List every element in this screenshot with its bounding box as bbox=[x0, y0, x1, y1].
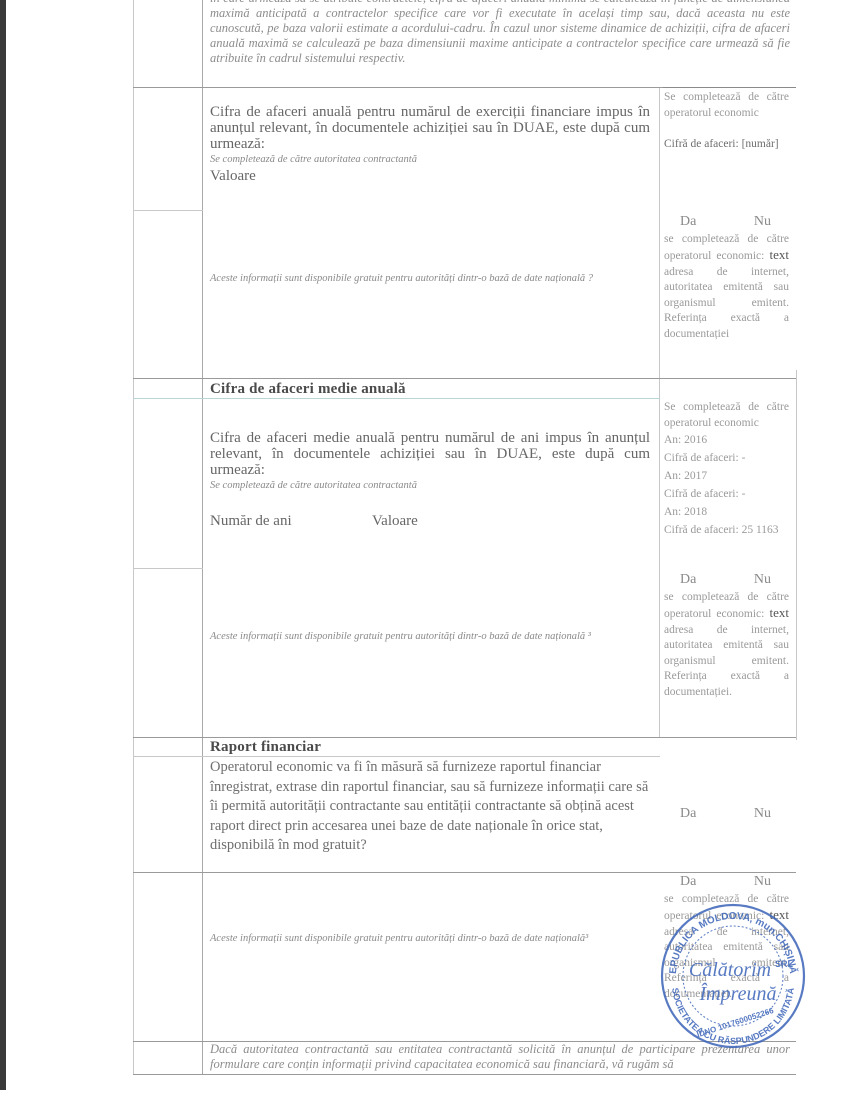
availability-question-1: Aceste informații sunt disponibile gratu… bbox=[210, 272, 630, 285]
availability-3-reference: adresa de internet, autoritatea emitentă… bbox=[664, 926, 789, 1000]
availability-1-reference: adresa de internet, autoritatea emitentă… bbox=[664, 266, 789, 340]
availability-2-reference: adresa de internet, autoritatea emitentă… bbox=[664, 624, 789, 698]
average-turnover-operator-note: Se completează de către operatorul econo… bbox=[664, 400, 789, 431]
year-entry: An: 2016 bbox=[664, 431, 789, 449]
availability-question-3: Aceste informații sunt disponibile gratu… bbox=[210, 932, 630, 945]
year-entry: An: 2018 bbox=[664, 503, 789, 521]
availability-3-cell: Da Nu se completează de către operatorul… bbox=[664, 874, 789, 1002]
bottom-paragraph: Dacă autoritatea contractantă sau entita… bbox=[210, 1042, 790, 1072]
availability-2-cell: Da Nu se completează de către operatorul… bbox=[664, 572, 789, 700]
table-column-divider-right bbox=[659, 88, 660, 738]
availability-2-text-field[interactable]: text bbox=[770, 605, 790, 620]
top-paragraph: în care urmează să se atribuie contracte… bbox=[210, 0, 790, 66]
availability-1-no-option[interactable]: Nu bbox=[754, 214, 771, 230]
financial-report-yes-option[interactable]: Da bbox=[680, 806, 696, 822]
average-turnover-entries: An: 2016Cifră de afaceri: -An: 2017Cifră… bbox=[664, 431, 789, 539]
table-column-divider bbox=[202, 0, 203, 1075]
row-divider bbox=[133, 398, 660, 399]
row-divider bbox=[133, 872, 796, 873]
row-divider bbox=[133, 87, 663, 88]
turnover-entry[interactable]: Cifră de afaceri: 25 1163 bbox=[664, 521, 789, 539]
years-label: Număr de ani bbox=[210, 513, 372, 529]
average-turnover-question: Cifra de afaceri medie anuală pentru num… bbox=[210, 430, 650, 478]
scan-edge bbox=[0, 0, 6, 1090]
financial-report-heading: Raport financiar bbox=[210, 739, 321, 756]
average-turnover-heading: Cifra de afaceri medie anuală bbox=[210, 381, 406, 398]
row-divider bbox=[133, 737, 796, 738]
row-divider bbox=[663, 87, 796, 88]
annual-turnover-note: Se completează de către autoritatea cont… bbox=[210, 153, 650, 166]
average-turnover-note: Se completează de către autoritatea cont… bbox=[210, 479, 650, 492]
table-border-bottom bbox=[133, 1074, 796, 1075]
financial-report-question: Operatorul economic va fi în măsură să f… bbox=[210, 758, 650, 856]
availability-2-yes-option[interactable]: Da bbox=[680, 572, 696, 588]
annual-turnover-section: Cifra de afaceri anuală pentru numărul d… bbox=[210, 104, 650, 184]
turnover-entry[interactable]: Cifră de afaceri: - bbox=[664, 485, 789, 503]
availability-1-cell: Da Nu se completează de către operatorul… bbox=[664, 214, 789, 342]
availability-3-no-option[interactable]: Nu bbox=[754, 874, 771, 890]
turnover-entry[interactable]: Cifră de afaceri: - bbox=[664, 449, 789, 467]
annual-turnover-operator-cell: Se completează de către operatorul econo… bbox=[664, 90, 789, 153]
average-value-label: Valoare bbox=[372, 513, 418, 529]
table-border-left bbox=[133, 0, 134, 1075]
average-turnover-operator-cell: Se completează de către operatorul econo… bbox=[664, 400, 789, 539]
financial-report-no-option[interactable]: Nu bbox=[754, 806, 771, 822]
annual-turnover-operator-note: Se completează de către operatorul econo… bbox=[664, 90, 789, 121]
availability-2-no-option[interactable]: Nu bbox=[754, 572, 771, 588]
annual-turnover-question: Cifra de afaceri anuală pentru numărul d… bbox=[210, 104, 650, 152]
annual-turnover-value-field[interactable]: Cifră de afaceri: [număr] bbox=[664, 137, 789, 153]
average-turnover-section: Cifra de afaceri medie anuală pentru num… bbox=[210, 430, 650, 529]
svg-text:IDNO 1017600052266: IDNO 1017600052266 bbox=[696, 1006, 775, 1039]
row-divider bbox=[133, 378, 796, 379]
availability-3-text-field[interactable]: text bbox=[770, 907, 790, 922]
availability-1-text-field[interactable]: text bbox=[770, 247, 790, 262]
availability-question-2: Aceste informații sunt disponibile gratu… bbox=[210, 630, 630, 643]
availability-1-yes-option[interactable]: Da bbox=[680, 214, 696, 230]
row-divider bbox=[133, 210, 203, 211]
annual-turnover-value-label: Valoare bbox=[210, 168, 650, 184]
availability-3-yes-option[interactable]: Da bbox=[680, 874, 696, 890]
row-divider bbox=[133, 756, 660, 757]
financial-report-options: Da Nu bbox=[664, 806, 789, 822]
year-entry: An: 2017 bbox=[664, 467, 789, 485]
table-border-right bbox=[796, 370, 797, 740]
row-divider bbox=[133, 568, 203, 569]
